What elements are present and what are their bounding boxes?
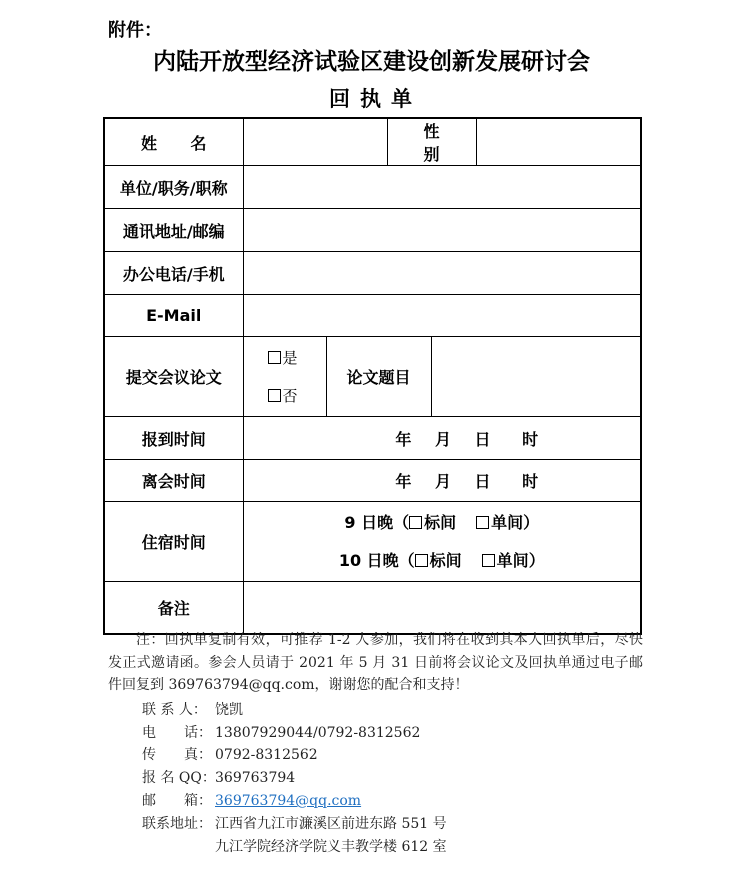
row-address: 通讯地址/邮编 — [104, 209, 641, 252]
arrival-field[interactable]: 年 月 日 时 — [243, 417, 641, 460]
paper-topic-field[interactable] — [431, 337, 641, 417]
contact-qq-value: 369763794 — [215, 770, 295, 786]
row-lodging: 住宿时间 9 日晚（标间单间） 10 日晚（标间单间） — [104, 502, 641, 582]
document-title: 内陆开放型经济试验区建设创新发展研讨会 — [0, 43, 743, 76]
gender-label: 性 别 — [387, 118, 476, 166]
lodging-label: 住宿时间 — [104, 502, 243, 582]
paper-option-yes[interactable]: 是 — [268, 339, 326, 377]
arrival-day: 日 — [475, 427, 491, 450]
single-room-option[interactable]: 单间 — [491, 513, 523, 532]
arrival-year: 年 — [395, 427, 411, 450]
contact-address-line1: 江西省九江市濂溪区前进东路 551 号 — [215, 816, 447, 832]
contact-person-label: 联 系 人： — [142, 699, 215, 719]
contact-email: 邮 箱：369763794@qq.com — [142, 790, 361, 810]
registration-form-table: 姓 名 性 别 单位/职务/职称 通讯地址/邮编 办公电话/手机 E-Mail … — [103, 117, 642, 635]
contact-fax-label: 传 真： — [142, 744, 215, 764]
address-label: 通讯地址/邮编 — [104, 209, 243, 252]
contact-address: 联系地址：江西省九江市濂溪区前进东路 551 号 — [142, 813, 447, 833]
contact-qq-label: 报 名 QQ： — [142, 767, 215, 787]
checkbox-icon[interactable] — [268, 389, 281, 402]
contact-email-link[interactable]: 369763794@qq.com — [215, 793, 361, 809]
paper-label: 提交会议论文 — [104, 337, 243, 417]
note-text: 注：回执单复制有效，可推荐 1-2 人参加，我们将在收到其本人回执单后，尽快发正… — [108, 629, 643, 697]
standard-room-option[interactable]: 标间 — [430, 551, 462, 570]
row-arrival: 报到时间 年 月 日 时 — [104, 417, 641, 460]
row-departure: 离会时间 年 月 日 时 — [104, 460, 641, 502]
contact-address-label: 联系地址： — [142, 813, 215, 833]
contact-fax-value: 0792-8312562 — [215, 747, 318, 763]
standard-room-option[interactable]: 标间 — [424, 513, 456, 532]
paper-option-no[interactable]: 否 — [268, 377, 326, 415]
attachment-label: 附件： — [108, 16, 162, 42]
contact-address-line2: 九江学院经济学院义丰教学楼 612 室 — [215, 839, 447, 855]
contact-qq: 报 名 QQ：369763794 — [142, 767, 295, 787]
organization-label: 单位/职务/职称 — [104, 166, 243, 209]
email-label: E-Mail — [104, 295, 243, 337]
arrival-label: 报到时间 — [104, 417, 243, 460]
row-name-gender: 姓 名 性 别 — [104, 118, 641, 166]
paren-close: ） — [523, 513, 539, 532]
contact-person-value: 饶凯 — [215, 702, 243, 718]
contact-person: 联 系 人：饶凯 — [142, 699, 243, 719]
phone-field[interactable] — [243, 252, 641, 295]
checkbox-icon[interactable] — [482, 554, 495, 567]
lodging-options: 9 日晚（标间单间） 10 日晚（标间单间） — [243, 502, 641, 582]
email-field[interactable] — [243, 295, 641, 337]
checkbox-icon[interactable] — [268, 351, 281, 364]
paper-options: 是 否 — [243, 337, 326, 417]
night-9-label: 9 日晚（ — [344, 513, 409, 532]
departure-year: 年 — [395, 469, 411, 492]
paper-yes-text: 是 — [283, 349, 298, 367]
row-organization: 单位/职务/职称 — [104, 166, 641, 209]
paper-topic-label: 论文题目 — [326, 337, 431, 417]
row-paper: 提交会议论文 是 否 论文题目 — [104, 337, 641, 417]
departure-day: 日 — [475, 469, 491, 492]
organization-field[interactable] — [243, 166, 641, 209]
lodging-night-9: 9 日晚（标间单间） — [244, 504, 641, 542]
contact-phone-value: 13807929044/0792-8312562 — [215, 725, 420, 741]
phone-label: 办公电话/手机 — [104, 252, 243, 295]
lodging-night-10: 10 日晚（标间单间） — [244, 542, 641, 580]
paren-close: ） — [529, 551, 545, 570]
checkbox-icon[interactable] — [409, 516, 422, 529]
paper-no-text: 否 — [283, 387, 298, 405]
contact-phone: 电 话：13807929044/0792-8312562 — [142, 722, 420, 742]
remarks-label: 备注 — [104, 582, 243, 634]
contact-address-cont: 九江学院经济学院义丰教学楼 612 室 — [142, 836, 447, 856]
gender-field[interactable] — [476, 118, 641, 166]
remarks-field[interactable] — [243, 582, 641, 634]
arrival-month: 月 — [435, 427, 451, 450]
contact-fax: 传 真：0792-8312562 — [142, 744, 318, 764]
departure-month: 月 — [435, 469, 451, 492]
name-label: 姓 名 — [104, 118, 243, 166]
form-subtitle: 回执单 — [0, 83, 743, 113]
departure-label: 离会时间 — [104, 460, 243, 502]
address-field[interactable] — [243, 209, 641, 252]
row-phone: 办公电话/手机 — [104, 252, 641, 295]
checkbox-icon[interactable] — [476, 516, 489, 529]
row-remarks: 备注 — [104, 582, 641, 634]
note-paragraph: 注：回执单复制有效，可推荐 1-2 人参加，我们将在收到其本人回执单后，尽快发正… — [108, 629, 643, 697]
departure-hour: 时 — [522, 469, 538, 492]
departure-field[interactable]: 年 月 日 时 — [243, 460, 641, 502]
single-room-option[interactable]: 单间 — [497, 551, 529, 570]
contact-email-label: 邮 箱： — [142, 790, 215, 810]
checkbox-icon[interactable] — [415, 554, 428, 567]
night-10-label: 10 日晚（ — [339, 551, 415, 570]
row-email: E-Mail — [104, 295, 641, 337]
arrival-hour: 时 — [522, 427, 538, 450]
contact-phone-label: 电 话： — [142, 722, 215, 742]
name-field[interactable] — [243, 118, 387, 166]
